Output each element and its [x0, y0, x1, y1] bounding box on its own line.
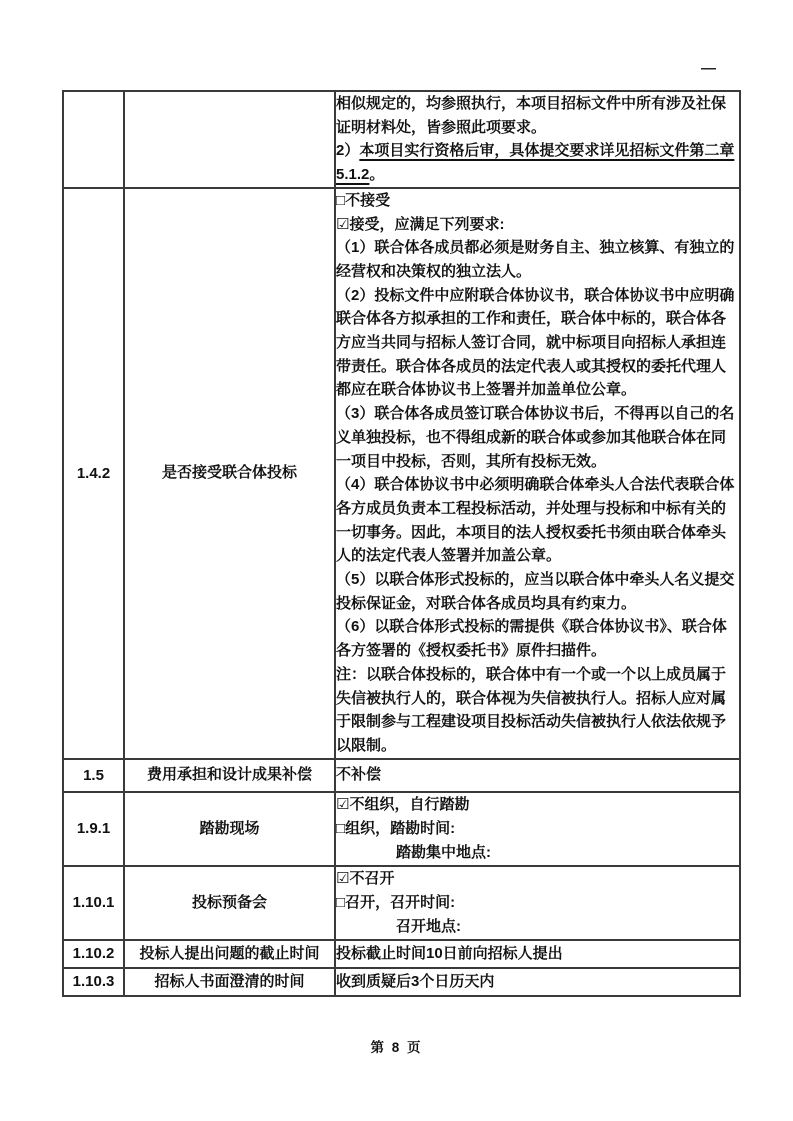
tender-info-table: 相似规定的，均参照执行，本项目招标文件中所有涉及社保证明材料处，皆参照此项要求。…: [62, 90, 741, 997]
content-cell: ☑不召开 □召开，召开时间: 召开地点:: [335, 866, 740, 940]
option-line: ☑接受，应满足下列要求:: [336, 213, 739, 237]
checkbox-unchecked-icon: □: [336, 894, 345, 911]
item-name-cell: 是否接受联合体投标: [124, 188, 335, 759]
content-cell: ☑不组织，自行踏勘 □组织，踏勘时间: 踏勘集中地点:: [335, 792, 740, 866]
page-number: 第 8 页: [0, 1036, 793, 1056]
content-cell: 投标截止时间10日前向招标人提出: [335, 940, 740, 968]
content-paragraph: 2）本项目实行资格后审，具体提交要求详见招标文件第二章5.1.2。: [336, 139, 739, 186]
option-label: 召开，召开时间:: [345, 894, 455, 911]
option-line: □组织，踏勘时间:: [336, 817, 739, 841]
item-name-cell: [124, 91, 335, 188]
clause-number-cell: 1.10.3: [63, 968, 124, 996]
content-paragraph: （2）投标文件中应附联合体协议书，联合体协议书中应明确联合体各方拟承担的工作和责…: [336, 284, 739, 403]
option-label: 不组织，自行踏勘: [349, 796, 469, 813]
clause-number-cell: 1.5: [63, 759, 124, 792]
content-paragraph: 相似规定的，均参照执行，本项目招标文件中所有涉及社保证明材料处，皆参照此项要求。: [336, 92, 739, 139]
option-line: □不接受: [336, 189, 739, 213]
option-label: 组织，踏勘时间:: [345, 820, 455, 837]
item-name-cell: 招标人书面澄清的时间: [124, 968, 335, 996]
clause-number-cell: [63, 91, 124, 188]
option-line: ☑不组织，自行踏勘: [336, 793, 739, 817]
option-label: 不接受: [345, 192, 390, 209]
content-paragraph: （5）以联合体形式投标的，应当以联合体中牵头人名义提交投标保证金，对联合体各成员…: [336, 568, 739, 615]
item-name-cell: 投标人提出问题的截止时间: [124, 940, 335, 968]
row-1-4-2: 1.4.2 是否接受联合体投标 □不接受 ☑接受，应满足下列要求: （1）联合体…: [63, 188, 740, 759]
clause-number-cell: 1.9.1: [63, 792, 124, 866]
underlined-text: 本项目实行资格后审，具体提交要求详见招标文件第二章5.1.2: [336, 142, 734, 183]
checkbox-checked-icon: ☑: [336, 216, 349, 233]
row-1-5: 1.5 费用承担和设计成果补偿 不补偿: [63, 759, 740, 792]
clause-number-cell: 1.10.1: [63, 866, 124, 940]
document-page: — 相似规定的，均参照执行，本项目招标文件中所有涉及社保证明材料处，皆参照此项要…: [0, 0, 793, 1121]
checkbox-checked-icon: ☑: [336, 870, 349, 887]
content-paragraph: （6）以联合体形式投标的需提供《联合体协议书》、联合体各方签署的《授权委托书》原…: [336, 615, 739, 662]
paragraph-prefix: 2）: [336, 142, 359, 159]
option-line: □召开，召开时间:: [336, 891, 739, 915]
row-1-9-1: 1.9.1 踏勘现场 ☑不组织，自行踏勘 □组织，踏勘时间: 踏勘集中地点:: [63, 792, 740, 866]
clause-number-cell: 1.10.2: [63, 940, 124, 968]
option-label: 不召开: [349, 870, 394, 887]
checkbox-checked-icon: ☑: [336, 796, 349, 813]
row-1-10-3: 1.10.3 招标人书面澄清的时间 收到质疑后3个日历天内: [63, 968, 740, 996]
option-line: ☑不召开: [336, 867, 739, 891]
content-cell: 不补偿: [335, 759, 740, 792]
clause-number-cell: 1.4.2: [63, 188, 124, 759]
content-note: 注：以联合体投标的，联合体中有一个或一个以上成员属于失信被执行人的，联合体视为失…: [336, 663, 739, 758]
paragraph-suffix: 。: [369, 166, 384, 183]
content-paragraph: （1）联合体各成员都必须是财务自主、独立核算、有独立的经营权和决策权的独立法人。: [336, 236, 739, 283]
item-name-cell: 踏勘现场: [124, 792, 335, 866]
content-cell: □不接受 ☑接受，应满足下列要求: （1）联合体各成员都必须是财务自主、独立核算…: [335, 188, 740, 759]
option-label: 接受，应满足下列要求:: [349, 216, 504, 233]
checkbox-unchecked-icon: □: [336, 192, 345, 209]
option-sub-line: 踏勘集中地点:: [336, 841, 739, 865]
item-name-cell: 费用承担和设计成果补偿: [124, 759, 335, 792]
item-name-cell: 投标预备会: [124, 866, 335, 940]
content-cell: 收到质疑后3个日历天内: [335, 968, 740, 996]
header-dash: —: [701, 60, 716, 77]
row-1-10-2: 1.10.2 投标人提出问题的截止时间 投标截止时间10日前向招标人提出: [63, 940, 740, 968]
content-paragraph: （4）联合体协议书中必须明确联合体牵头人合法代表联合体各方成员负责本工程投标活动…: [336, 473, 739, 568]
row-1-10-1: 1.10.1 投标预备会 ☑不召开 □召开，召开时间: 召开地点:: [63, 866, 740, 940]
content-cell: 相似规定的，均参照执行，本项目招标文件中所有涉及社保证明材料处，皆参照此项要求。…: [335, 91, 740, 188]
content-paragraph: （3）联合体各成员签订联合体协议书后，不得再以自己的名义单独投标，也不得组成新的…: [336, 402, 739, 473]
checkbox-unchecked-icon: □: [336, 820, 345, 837]
row-continuation: 相似规定的，均参照执行，本项目招标文件中所有涉及社保证明材料处，皆参照此项要求。…: [63, 91, 740, 188]
option-sub-line: 召开地点:: [336, 915, 739, 939]
